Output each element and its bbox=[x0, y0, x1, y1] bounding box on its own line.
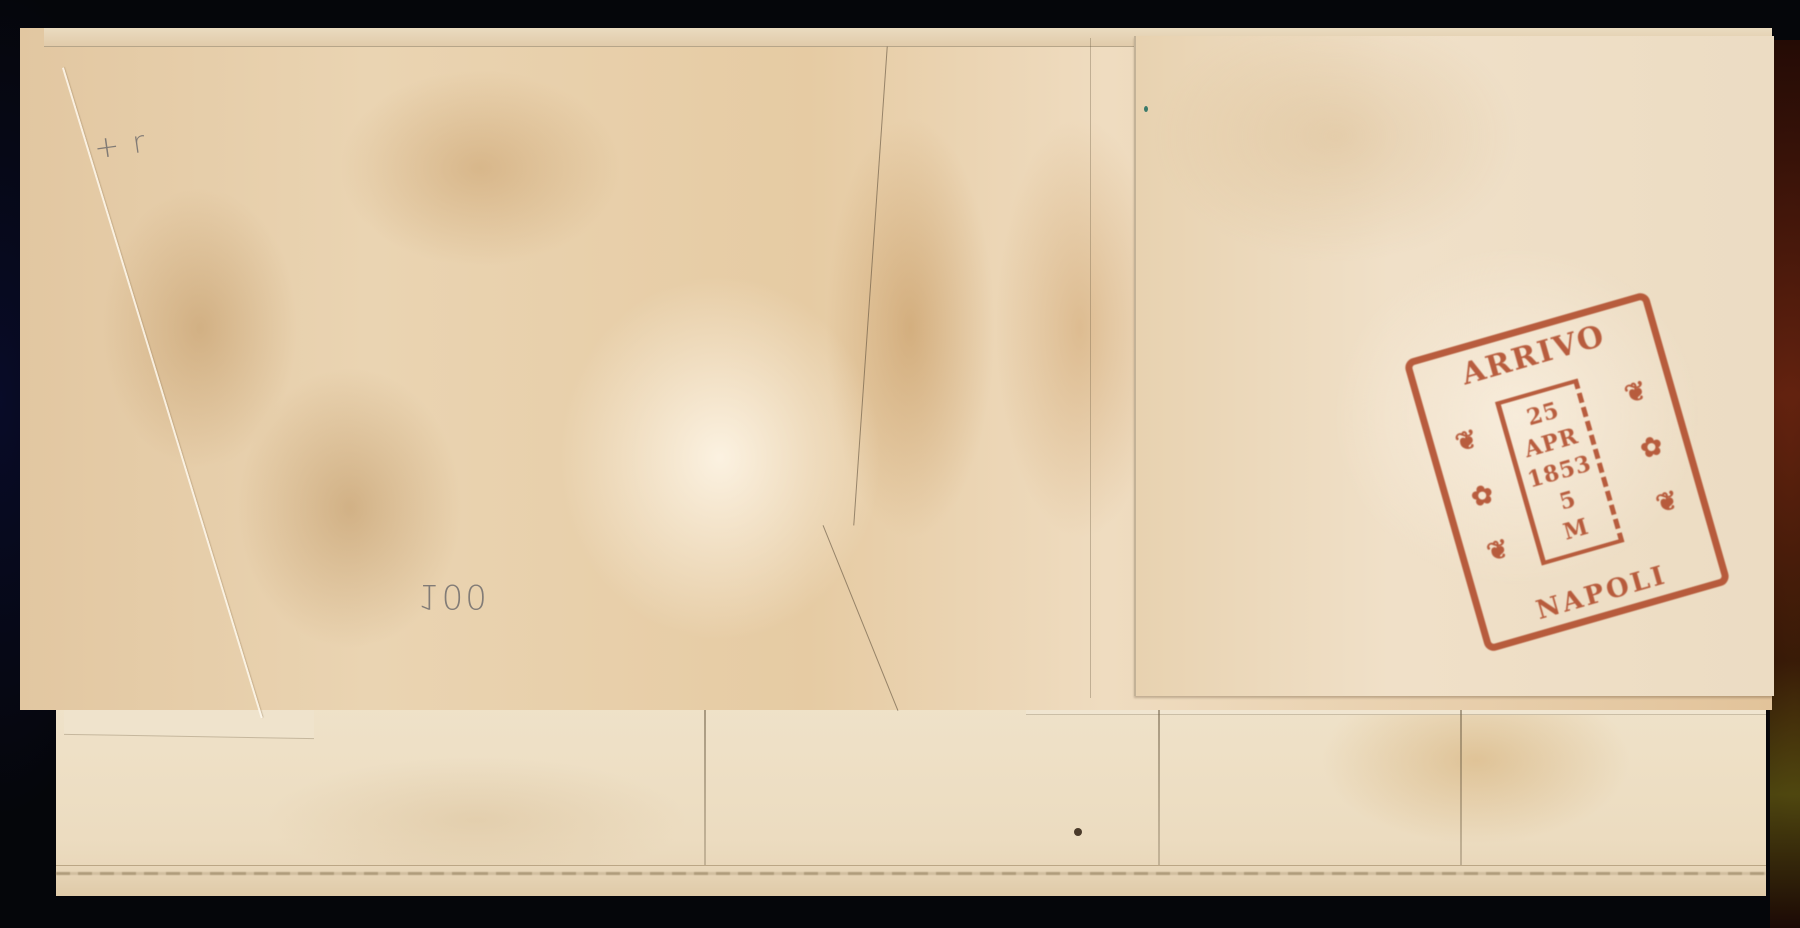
fold-line bbox=[704, 710, 706, 870]
bottom-edge-strip bbox=[56, 865, 1766, 896]
postmark-period: M bbox=[1561, 516, 1591, 544]
folded-flap-strip bbox=[64, 706, 314, 739]
ornament-icon: ❦ bbox=[1621, 376, 1650, 411]
bottom-fold-panel bbox=[56, 700, 1766, 896]
fold-line bbox=[1460, 704, 1462, 890]
ornament-icon: ✿ bbox=[1468, 479, 1497, 514]
ornament-icon: ❦ bbox=[1653, 485, 1682, 520]
right-edge-shadow bbox=[1770, 40, 1800, 928]
ink-speck bbox=[1144, 106, 1148, 112]
paper-crack bbox=[853, 47, 887, 526]
ornament-icon: ❦ bbox=[1483, 533, 1512, 568]
fold-line bbox=[1158, 710, 1160, 870]
pencil-number: 100 bbox=[418, 576, 489, 616]
postmark-hour: 5 bbox=[1557, 488, 1579, 514]
fold-line-vertical bbox=[1090, 38, 1091, 698]
diagonal-crease bbox=[62, 67, 263, 718]
pencil-mark: + r bbox=[92, 124, 149, 166]
ornament-icon: ✿ bbox=[1637, 430, 1666, 465]
ornament-icon: ❦ bbox=[1452, 424, 1481, 459]
ink-spot bbox=[1074, 828, 1082, 836]
postmark-day: 25 bbox=[1524, 399, 1561, 429]
paper-crack bbox=[823, 525, 899, 711]
